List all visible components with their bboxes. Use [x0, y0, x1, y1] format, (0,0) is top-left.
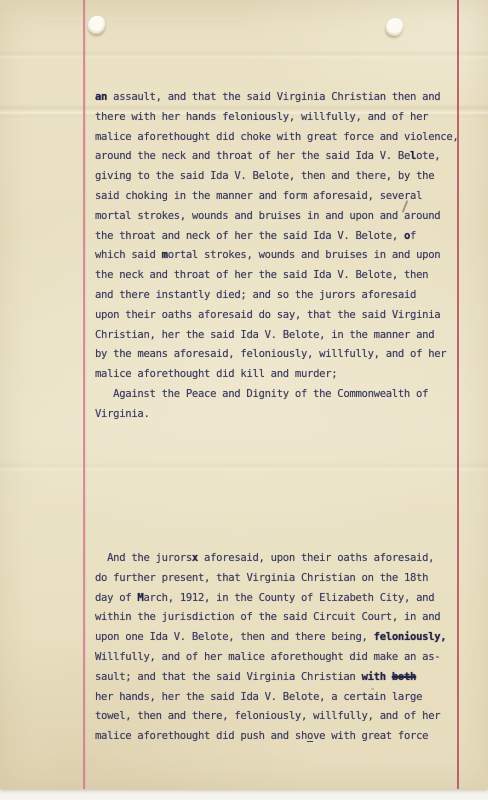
text-line: malice aforethought did kill and murder; — [95, 365, 457, 385]
text-line: her hands, her the said Ida V. Belote, a… — [95, 688, 457, 708]
text-line: giving to the said Ida V. Belote, then a… — [95, 167, 457, 187]
text-line: the throat and neck of her the said Ida … — [95, 227, 457, 247]
text-line: upon their oaths aforesaid do say, that … — [95, 306, 457, 326]
typewritten-text: f — [410, 230, 416, 242]
text-line: Christian, her the said Ida V. Belote, i… — [95, 326, 457, 346]
typewritten-text: Christian, her the said Ida V. Belote, i… — [95, 329, 434, 341]
paragraph-second-count: And the jurorsx aforesaid, upon their oa… — [95, 549, 457, 747]
text-line: do further present, that Virginia Christ… — [95, 569, 457, 589]
text-line: sault; and that the said Virginia Christ… — [95, 668, 457, 688]
overstruck-text: both — [392, 671, 416, 683]
typewritten-text: the throat and neck of her the said Ida … — [95, 230, 404, 242]
paper-crease — [0, 462, 488, 472]
text-line: within the jurisdiction of the said Circ… — [95, 608, 457, 628]
typewritten-text: mortal strokes, wounds and bruises in an… — [95, 210, 440, 222]
text-line: Against the Peace and Dignity of the Com… — [95, 385, 457, 405]
typewritten-text: giving to the said Ida V. Belote, then a… — [95, 170, 434, 182]
text-line: and there instantly died; and so the jur… — [95, 286, 457, 306]
text-line: malice aforethought did choke with great… — [95, 128, 457, 148]
typewritten-text: upon their oaths aforesaid do say, that … — [95, 309, 440, 321]
typewritten-text: sault; and that the said Virginia Christ… — [95, 671, 362, 683]
typewritten-text: her hands, her the said Ida V. Belote, a… — [95, 691, 422, 703]
typewritten-text: Willfully, and of her malice aforethough… — [95, 651, 440, 663]
typewritten-text: Against the Peace and Dignity of the Com… — [113, 388, 428, 400]
typewritten-text: upon one Ida V. Belote, then and there b… — [95, 631, 374, 643]
typewritten-text: within the jurisdiction of the said Circ… — [95, 611, 440, 623]
overstruck-text: feloniously, — [374, 631, 447, 643]
typewritten-text: day of — [95, 592, 137, 604]
typewritten-text: malice aforethought did kill and murder; — [95, 368, 337, 380]
text-line: the neck and throat of her the said Ida … — [95, 266, 457, 286]
typewritten-text: assault, and that the said Virginia Chri… — [107, 91, 440, 103]
text-line: mortal strokes, wounds and bruises in an… — [95, 207, 457, 227]
text-line: towel, then and there, feloniously, will… — [95, 707, 457, 727]
typewritten-text: do further present, that Virginia Christ… — [95, 572, 428, 584]
typewritten-text: Virginia. — [95, 408, 150, 420]
paper-sheet: an assault, and that the said Virginia C… — [0, 0, 488, 789]
pin-hole-left — [88, 16, 105, 34]
typewritten-text: arch, 1912, in the County of Elizabeth C… — [143, 592, 434, 604]
typewritten-text: and there instantly died; and so the jur… — [95, 289, 416, 301]
text-line: an assault, and that the said Virginia C… — [95, 88, 457, 108]
text-line: which said mortal strokes, wounds and br… — [95, 246, 457, 266]
typewritten-text: And the jurors — [107, 552, 192, 564]
typewritten-text: ve with great force — [313, 730, 428, 742]
text-line: Virginia. — [95, 405, 457, 425]
text-line: there with her hands feloniously, willfu… — [95, 108, 457, 128]
typewritten-text: there with her hands feloniously, willfu… — [95, 111, 428, 123]
paragraph-indictment-count: an assault, and that the said Virginia C… — [95, 88, 457, 425]
typewritten-text: the neck and throat of her the said Ida … — [95, 269, 428, 281]
typewritten-text: ote, — [416, 150, 440, 162]
typewritten-text: by the means aforesaid, feloniously, wil… — [95, 348, 446, 360]
text-line: day of March, 1912, in the County of Eli… — [95, 589, 457, 609]
typewritten-text: around the neck and throat of her the sa… — [95, 150, 410, 162]
typewritten-text: which said — [95, 249, 162, 261]
paper-crease — [0, 50, 488, 60]
overstruck-text: with — [362, 671, 386, 683]
typewritten-text: aforesaid, upon their oaths aforesaid, — [198, 552, 434, 564]
pin-hole-right — [384, 16, 405, 38]
text-line: said choking in the manner and form afor… — [95, 187, 457, 207]
margin-rule-left — [83, 0, 85, 789]
typewritten-text: malice aforethought did choke with great… — [95, 131, 458, 143]
text-line: Willfully, and of her malice aforethough… — [95, 648, 457, 668]
margin-rule-right — [457, 0, 459, 789]
text-line: upon one Ida V. Belote, then and there b… — [95, 628, 457, 648]
text-line: And the jurorsx aforesaid, upon their oa… — [95, 549, 457, 569]
typewritten-text: ortal strokes, wounds and bruises in and… — [168, 249, 441, 261]
text-line: malice aforethought did push and shove w… — [95, 727, 457, 747]
typewritten-text: malice aforethought did push and sh — [95, 730, 307, 742]
typewritten-text: towel, then and there, feloniously, will… — [95, 710, 440, 722]
overstruck-text: an — [95, 91, 107, 103]
text-line: around the neck and throat of her the sa… — [95, 147, 457, 167]
typewritten-text: said choking in the manner and form afor… — [95, 190, 422, 202]
text-line: by the means aforesaid, feloniously, wil… — [95, 345, 457, 365]
scanned-document-page: { "page": { "kind": "scanned typewritten… — [0, 0, 488, 800]
